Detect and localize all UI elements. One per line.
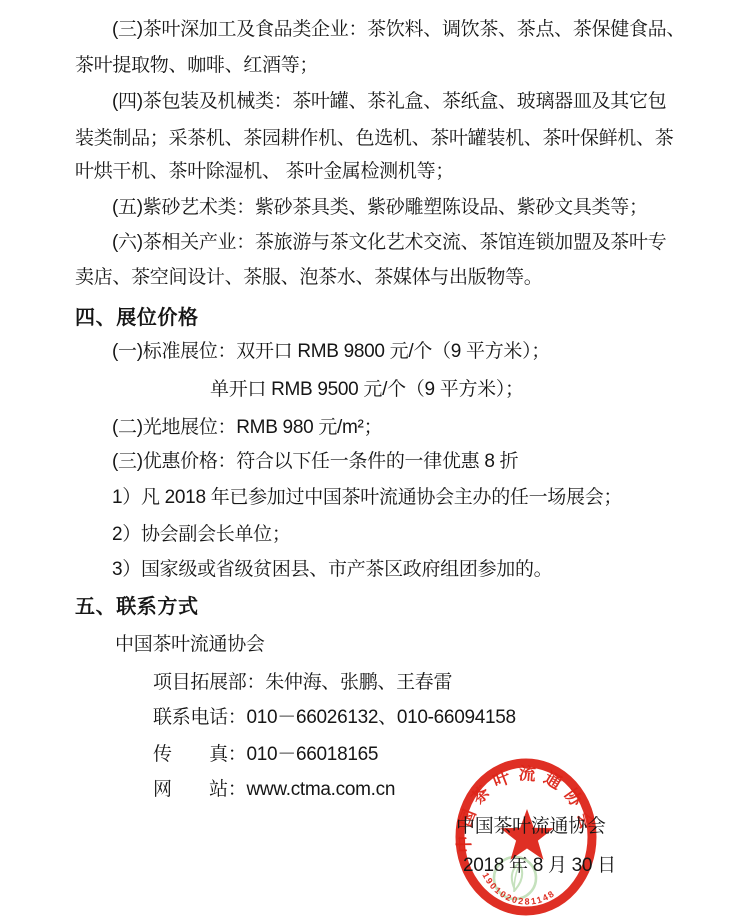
- category-item5: (五)紫砂艺术类：紫砂茶具类、紫砂雕塑陈设品、紫砂文具类等；: [112, 194, 648, 222]
- category-item4-line2: 装类制品；采茶机、茶园耕作机、色选机、茶叶罐装机、茶叶保鲜机、茶: [75, 125, 673, 153]
- section4-heading: 四、展位价格: [75, 304, 199, 332]
- contact-website: 网 站：www.ctma.com.cn: [153, 776, 395, 804]
- contact-fax: 传 真：010－66018165: [153, 741, 378, 769]
- contact-phone: 联系电话：010－66026132、010-66094158: [153, 704, 516, 732]
- signature-org: 中国茶叶流通协会: [456, 813, 606, 841]
- category-item3-line1: (三)茶叶深加工及食品类企业：茶饮料、调饮茶、茶点、茶保健食品、: [112, 16, 685, 44]
- section5-heading: 五、联系方式: [75, 593, 199, 621]
- discount-condition-2: 2）协会副会长单位；: [112, 521, 291, 549]
- discount-condition-1: 1）凡 2018 年已参加过中国茶叶流通协会主办的任一场展会；: [112, 484, 622, 512]
- contact-dept: 项目拓展部：朱仲海、张鹏、王春雷: [153, 669, 452, 697]
- category-item4-line3: 叶烘干机、茶叶除湿机、 茶叶金属检测机等；: [75, 158, 454, 186]
- price-standard-single: 单开口 RMB 9500 元/个（9 平方米）；: [210, 376, 524, 404]
- price-standard-double: (一)标准展位：双开口 RMB 9800 元/个（9 平方米）；: [112, 338, 550, 366]
- price-discount-intro: (三)优惠价格：符合以下任一条件的一律优惠 8 折: [112, 448, 518, 476]
- price-raw-space: (二)光地展位：RMB 980 元/m²；: [112, 414, 382, 442]
- discount-condition-3: 3）国家级或省级贫困县、市产茶区政府组团参加的。: [112, 556, 552, 584]
- category-item4-line1: (四)茶包装及机械类：茶叶罐、茶礼盒、茶纸盒、玻璃器皿及其它包: [112, 88, 666, 116]
- contact-org-name: 中国茶叶流通协会: [115, 631, 265, 659]
- category-item6-line2: 卖店、茶空间设计、茶服、泡茶水、茶媒体与出版物等。: [75, 264, 543, 292]
- category-item6-line1: (六)茶相关产业：茶旅游与茶文化艺术交流、茶馆连锁加盟及茶叶专: [112, 229, 666, 257]
- category-item3-line2: 茶叶提取物、咖啡、红酒等；: [75, 52, 318, 80]
- official-seal: 中国茶叶流通协会 1901020281148: [450, 758, 602, 924]
- document-page: 中国茶叶流通协会 1901020281148 (三)茶叶深加工及食品类企业：茶饮…: [0, 0, 748, 924]
- signature-date: 2018 年 8 月 30 日: [463, 852, 616, 880]
